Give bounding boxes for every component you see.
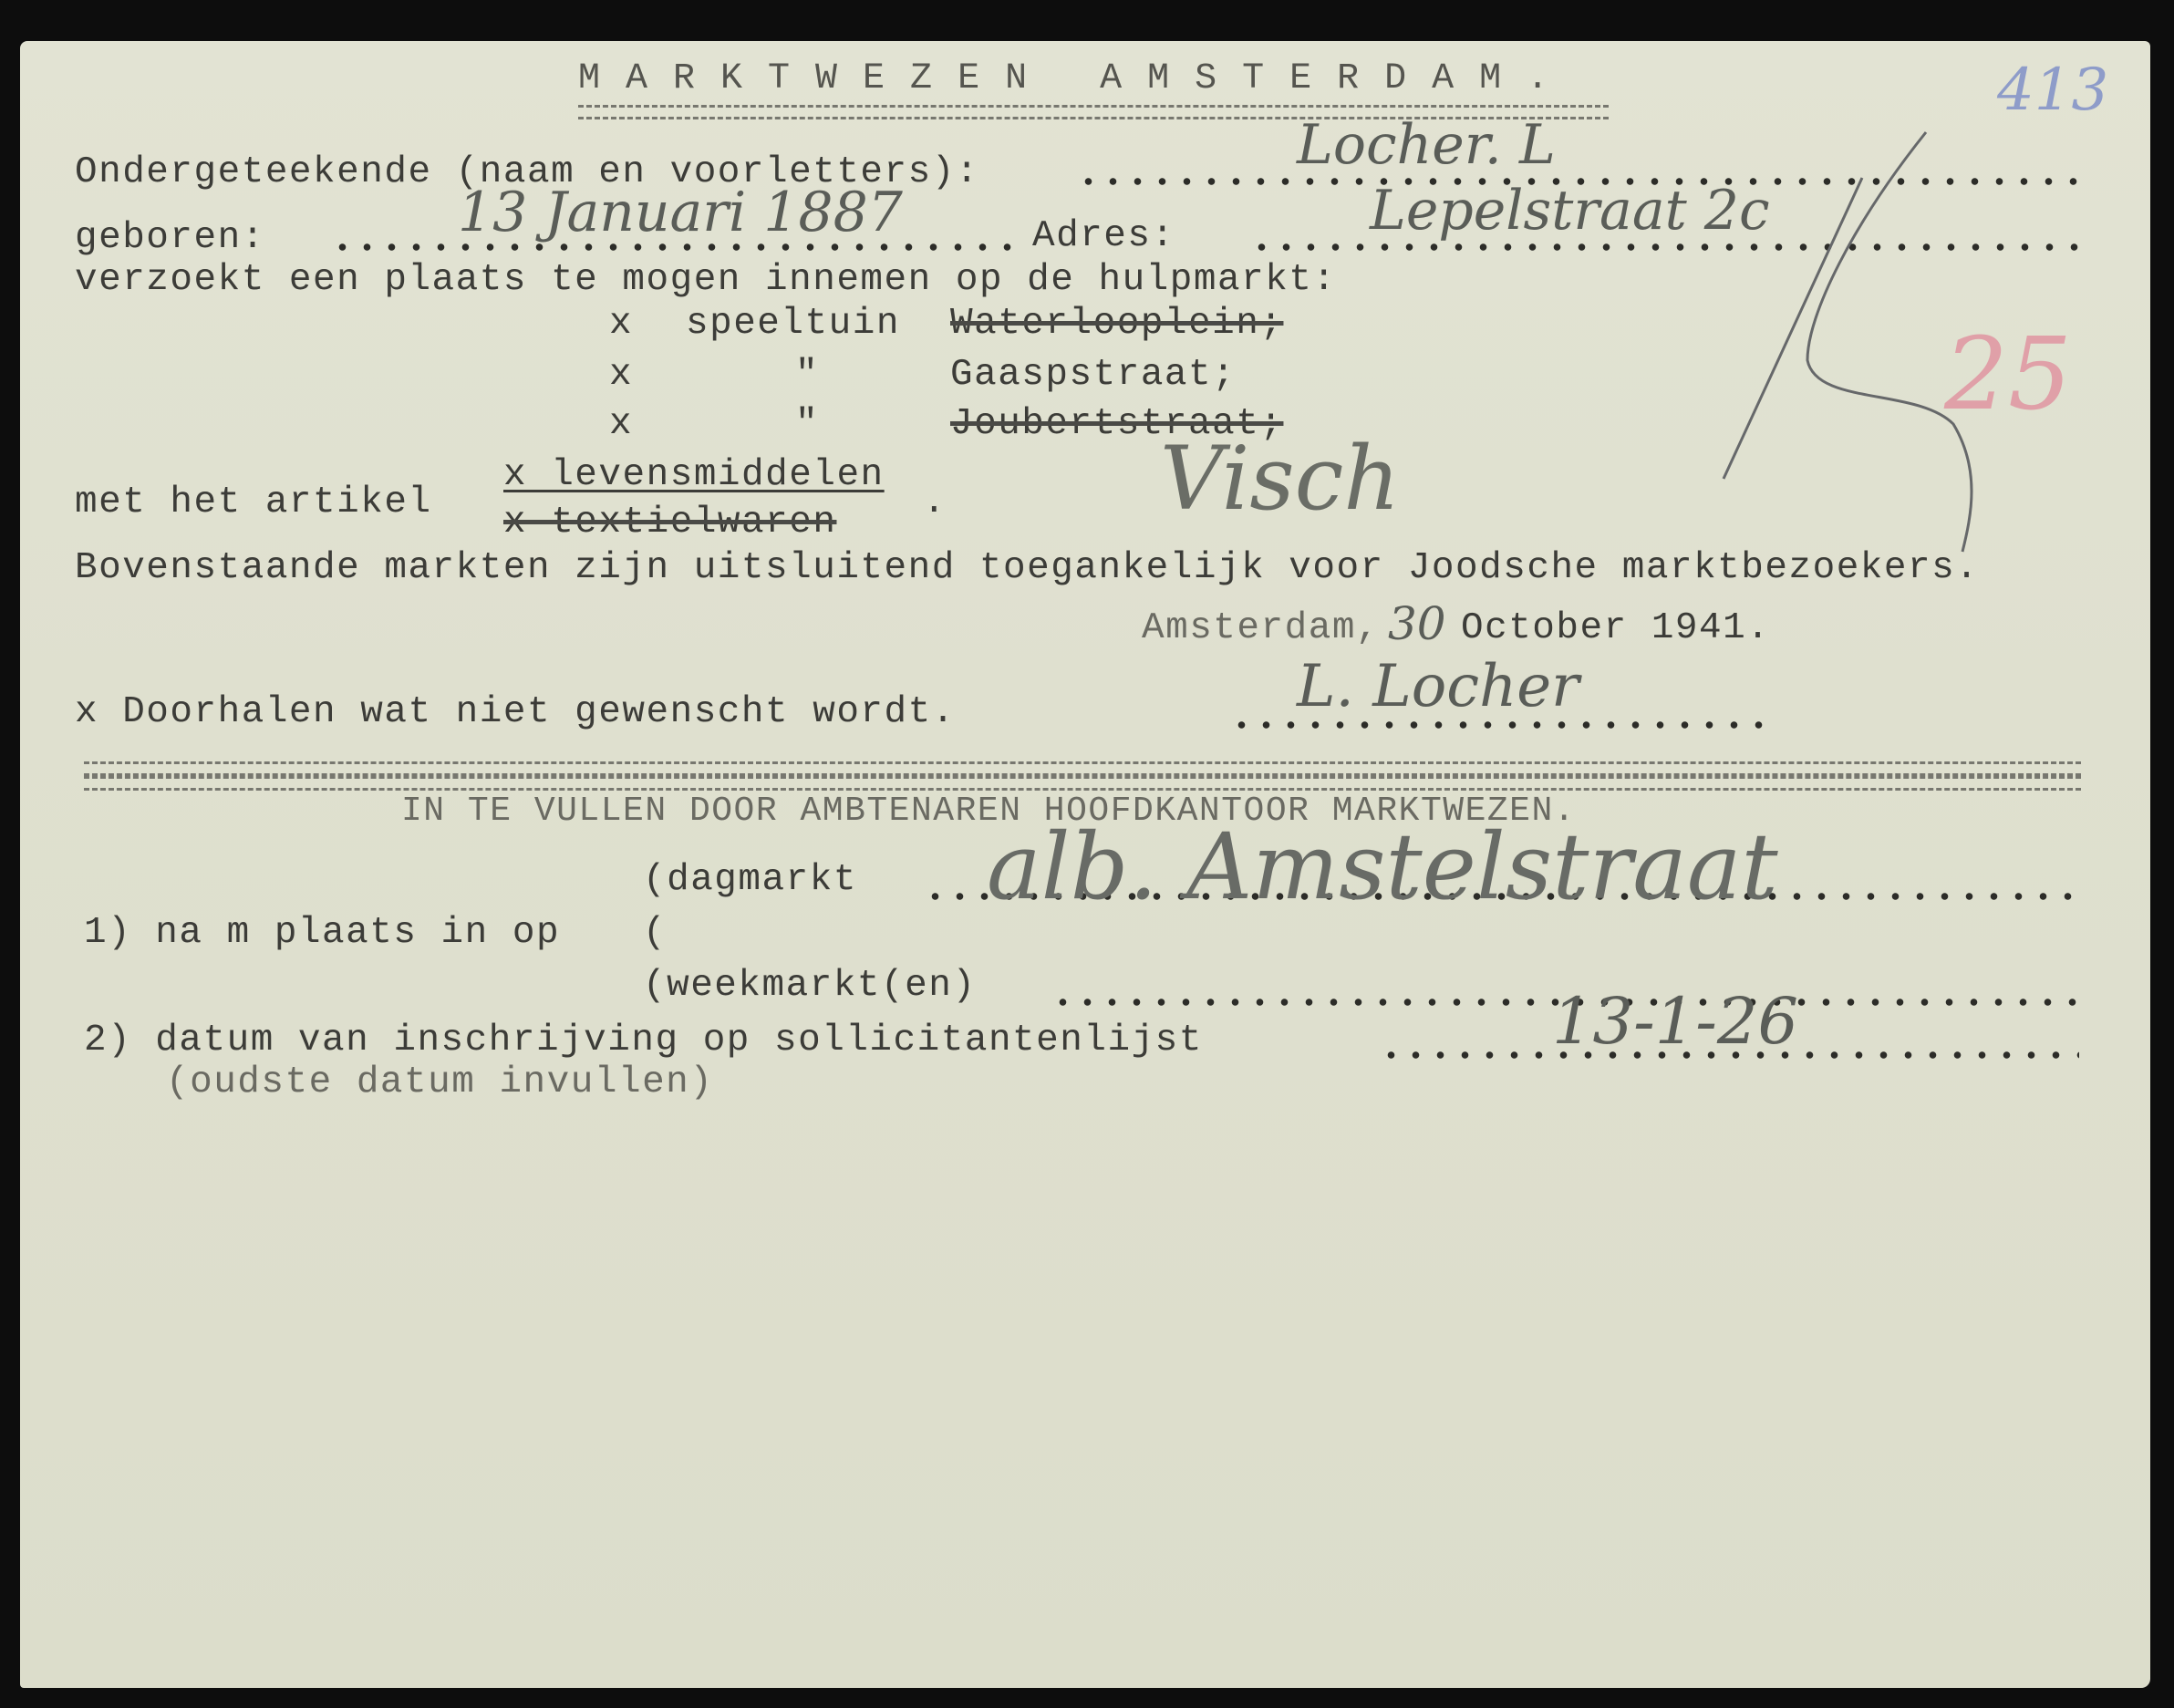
address-dotted-line [1249, 243, 2079, 251]
article-handwritten: Visch [1160, 435, 1400, 523]
market-2-prefix: x [609, 357, 633, 394]
signature: L. Locher [1297, 657, 1579, 716]
market-2-type: " [795, 357, 819, 394]
market-3-type: " [795, 406, 819, 443]
date-month-year: October 1941. [1461, 610, 1770, 647]
dagmarkt-label: (dagmarkt [643, 862, 857, 899]
birth-label: geboren: [75, 220, 265, 257]
article-period: . [923, 484, 947, 522]
market-1-type: speeltuin [686, 305, 900, 343]
market-2-name: Gaaspstraat; [950, 357, 1236, 394]
item1-handwritten: alb. Amstelstraat [987, 822, 1778, 913]
address-value: Lepelstraat 2c [1370, 183, 1770, 238]
item1-label: 1) na m plaats in op [84, 915, 560, 952]
section-separator [84, 761, 2081, 776]
place-text: Amsterdam, [1142, 610, 1380, 647]
article-label: met het artikel [75, 484, 432, 522]
article-option-food: x levensmiddelen [503, 457, 885, 494]
weekmarkt-label: (weekmarkt(en) [643, 968, 976, 1005]
date-day: 30 [1388, 601, 1446, 647]
strike-instruction: x Doorhalen wat niet gewenscht wordt. [75, 694, 956, 731]
item1-paren: ( [643, 915, 667, 952]
market-1-name: Waterlooplein; [950, 305, 1283, 343]
index-card: M A R K T W E Z E N A M S T E R D A M . … [20, 41, 2150, 1688]
item2-label: 2) datum van inschrijving op sollicitant… [84, 1022, 1203, 1060]
article-option-textile: x textielwaren [503, 504, 836, 542]
section-separator-2 [84, 776, 2081, 791]
address-label: Adres: [1032, 218, 1175, 255]
notice-text: Bovenstaande markten zijn uitsluitend to… [75, 550, 1979, 587]
birth-value: 13 Januari 1887 [458, 185, 903, 240]
market-3-prefix: x [609, 406, 633, 443]
signature-dotted-line [1229, 721, 1776, 729]
birth-dotted-line [330, 243, 1023, 251]
request-line: verzoekt een plaats te mogen innemen op … [75, 262, 1337, 299]
item2-value: 13-1-26 [1552, 989, 1798, 1053]
red-pencil-mark: 25 [1944, 324, 2072, 424]
document-title: M A R K T W E Z E N A M S T E R D A M . [578, 61, 1550, 98]
archive-number: 413 [1997, 61, 2108, 119]
name-value: Locher. L [1297, 118, 1556, 172]
item2-sub: (oudste datum invullen) [166, 1064, 713, 1102]
market-1-prefix: x [609, 305, 633, 343]
